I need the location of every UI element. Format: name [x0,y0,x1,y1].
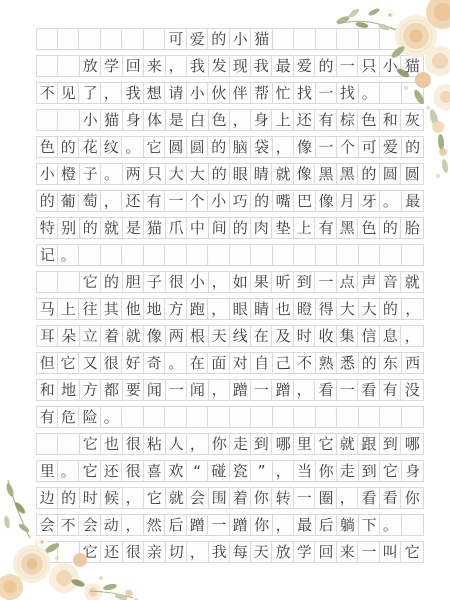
handwritten-character-cell: “ [187,461,209,481]
handwritten-character-cell: 的 [401,137,423,157]
empty-grid-cell [294,245,315,265]
handwritten-character-cell: 肉 [251,218,273,238]
handwritten-character-cell: 地 [58,380,79,400]
handwritten-character-cell: 声 [359,272,380,292]
handwritten-character-cell: 牙 [358,191,380,211]
handwritten-character-cell: 。 [380,515,401,535]
handwritten-character-cell: 候 [101,488,122,508]
empty-grid-cell [58,434,79,454]
handwritten-character-cell: 不 [37,83,58,103]
handwritten-character-cell: 大 [337,299,358,319]
handwritten-character-cell: 你 [251,488,273,508]
handwritten-character-cell: ， [401,299,423,319]
handwritten-character-cell: 他 [123,299,144,319]
handwritten-character-cell: 色 [37,137,58,157]
handwritten-character-cell: 它 [80,461,101,481]
handwritten-character-cell: 到 [294,272,316,292]
handwritten-character-cell: 它 [80,272,102,292]
handwritten-character-cell: 个 [187,191,209,211]
handwritten-character-cell: 它 [144,488,165,508]
handwritten-character-cell: 小 [187,83,209,103]
handwritten-character-cell: 可 [358,137,380,157]
handwritten-character-cell: 一 [359,542,380,562]
handwritten-character-cell: 袋 [251,137,272,157]
essay-photo-page: { "essay": { "title": "可爱的小猫", "columns"… [0,0,450,600]
empty-grid-cell [123,29,144,49]
handwritten-character-cell: 中 [187,218,208,238]
handwritten-character-cell: 垫 [273,218,294,238]
handwritten-character-cell: ， [208,272,230,292]
handwritten-character-cell: 两 [123,164,145,184]
handwritten-character-cell: 圆 [402,164,423,184]
handwritten-character-cell: 的 [101,272,122,292]
empty-grid-cell [37,272,59,292]
handwritten-character-cell: 色 [359,110,380,130]
handwritten-character-cell: 就 [101,218,122,238]
handwritten-character-cell: 喜 [144,461,166,481]
handwritten-character-cell: 很 [123,461,144,481]
handwritten-character-cell: 只 [144,164,165,184]
empty-grid-cell [380,29,401,49]
handwritten-character-cell: 就 [123,326,145,346]
handwritten-character-cell: 睛 [251,164,273,184]
handwritten-character-cell: 蹭 [230,515,252,535]
handwritten-character-cell: ， [165,56,187,76]
handwritten-character-cell: ， [187,434,208,454]
grid-row: 小猫身体是白色，身上还有棕色和灰 [36,109,424,131]
handwritten-character-cell: 最 [294,515,315,535]
grid-row: 不见了，我想请小伙伴帮忙找一找。 [36,82,424,104]
empty-grid-cell [230,407,252,427]
handwritten-character-cell: 如 [230,272,251,292]
handwritten-character-cell: 睛 [251,299,272,319]
empty-grid-cell [337,245,358,265]
handwritten-character-cell: 音 [380,272,402,292]
handwritten-character-cell: 一 [209,515,230,535]
handwritten-character-cell: 里 [294,434,316,454]
handwritten-character-cell: 朵 [58,326,79,346]
grid-row: 放学回来，我发现我最爱的一只小猫 [36,55,424,77]
empty-grid-cell [58,110,79,130]
handwritten-character-cell: 小 [230,29,252,49]
handwritten-character-cell: ， [294,380,316,400]
handwritten-character-cell: 学 [294,542,316,562]
handwritten-character-cell: 学 [101,56,122,76]
handwritten-character-cell: 爱 [380,137,401,157]
handwritten-character-cell: 请 [166,83,187,103]
handwritten-character-cell: 它 [80,542,102,562]
grid-row: 会不会动，然后蹭一蹭你，最后躺下。 [36,514,424,536]
handwritten-character-cell: 天 [208,326,230,346]
handwritten-character-cell: 猫 [144,218,165,238]
handwritten-character-cell: 身 [401,461,423,481]
handwritten-character-cell: 它 [58,353,80,373]
handwritten-character-cell: ， [337,488,359,508]
handwritten-character-cell: 看 [316,380,337,400]
empty-grid-cell [144,245,166,265]
handwritten-character-cell: 伙 [209,83,230,103]
handwritten-character-cell: 亲 [144,542,165,562]
empty-grid-cell [209,407,230,427]
handwritten-character-cell: 别 [58,218,79,238]
handwritten-character-cell: 。 [166,353,187,373]
handwritten-character-cell: 还 [123,191,144,211]
handwritten-character-cell: 到 [380,434,402,454]
handwritten-character-cell: 像 [294,137,315,157]
empty-grid-cell [166,407,187,427]
handwritten-character-cell: 棕 [337,110,359,130]
empty-grid-cell [58,542,79,562]
grid-row: 和地方都要闻一闻，蹭一蹭，看一看有没 [36,379,424,401]
handwritten-character-cell: ， [209,299,230,319]
grid-row: 它的胆子很小，如果听到一点声音就 [36,271,424,293]
handwritten-character-cell: 就 [273,164,294,184]
handwritten-character-cell: 发 [208,56,230,76]
handwritten-character-cell: 及 [273,326,294,346]
handwritten-character-cell: 每 [230,542,251,562]
handwritten-character-cell: 到 [251,434,273,454]
handwritten-character-cell: 己 [273,353,295,373]
handwritten-character-cell: 集 [337,326,359,346]
handwritten-character-cell: 最 [401,191,423,211]
handwritten-character-cell: 白 [187,110,208,130]
empty-grid-cell [58,272,79,292]
handwritten-character-cell: 月 [337,191,358,211]
empty-grid-cell [337,29,358,49]
handwritten-character-cell: 的 [358,353,380,373]
handwritten-character-cell: 的 [316,56,337,76]
handwritten-character-cell: 蹭 [230,380,251,400]
handwritten-character-cell: 找 [294,83,315,103]
handwritten-character-cell: 特 [37,218,59,238]
handwritten-character-cell: 闻 [144,380,165,400]
grid-row: 它还很亲切，我每天放学回来一叫它 [36,541,424,563]
handwritten-character-cell: 我 [208,542,230,562]
handwritten-character-cell: 到 [358,461,380,481]
handwritten-character-cell: 两 [165,326,187,346]
handwritten-character-cell: 我 [251,56,273,76]
handwritten-character-cell: 黑 [337,218,359,238]
empty-grid-cell [401,515,423,535]
handwritten-character-cell: 的 [209,137,230,157]
empty-grid-cell [294,29,315,49]
handwritten-character-cell: 黑 [337,164,359,184]
empty-grid-cell [187,245,209,265]
handwritten-character-cell: 大 [358,299,380,319]
grid-row: 色的花纹。它圆圆的脑袋，像一个可爱的 [36,136,424,158]
handwritten-character-cell: 可 [166,29,187,49]
handwritten-character-cell: 圆 [380,164,402,184]
handwritten-character-cell: 就 [337,434,359,454]
handwritten-character-cell: 后 [166,515,187,535]
empty-grid-cell [358,407,380,427]
handwritten-character-cell: 的 [380,218,402,238]
handwritten-character-cell: ， [123,488,145,508]
handwritten-character-cell: 下 [358,515,380,535]
handwritten-character-cell: 它 [380,461,401,481]
handwritten-character-cell: 还 [294,110,316,130]
handwritten-character-cell: 。 [101,164,122,184]
empty-grid-cell [316,245,338,265]
handwritten-character-cell: 身 [123,110,145,130]
handwritten-character-cell: 胎 [402,218,423,238]
handwritten-character-cell: 跟 [359,434,380,454]
handwritten-character-cell: 萄 [80,191,101,211]
handwritten-character-cell: 很 [123,542,145,562]
handwritten-character-cell: ， [273,515,295,535]
empty-grid-cell [37,110,59,130]
empty-grid-cell [273,407,295,427]
handwritten-character-cell: 像 [294,164,316,184]
handwritten-character-cell: 也 [273,299,295,319]
handwritten-character-cell: 跑 [187,299,209,319]
handwritten-character-cell: 看 [380,488,402,508]
grid-row: 有危险。 [36,406,424,428]
handwritten-character-cell: 着 [101,326,122,346]
handwritten-character-cell: 躺 [337,515,358,535]
handwritten-character-cell: 又 [80,353,101,373]
handwritten-character-cell: 好 [123,353,144,373]
handwritten-character-cell: ， [101,191,123,211]
empty-grid-cell [380,245,401,265]
empty-grid-cell [101,29,123,49]
handwritten-character-cell: 巴 [294,191,315,211]
empty-grid-cell [401,245,423,265]
handwritten-character-cell: 我 [187,56,208,76]
handwritten-character-cell: 的 [380,299,401,319]
handwritten-character-cell: 放 [273,542,294,562]
handwritten-character-cell: 会 [187,488,208,508]
handwritten-character-cell: 一 [294,488,316,508]
handwritten-character-cell: ， [273,461,295,481]
empty-grid-cell [144,407,166,427]
handwritten-character-cell: ， [208,380,230,400]
empty-grid-cell [209,245,230,265]
handwritten-character-cell: 听 [273,272,294,292]
handwritten-character-cell: 上 [58,299,80,319]
handwritten-character-cell: 小 [380,56,402,76]
handwritten-character-cell: 。 [380,191,401,211]
handwritten-character-cell: 你 [208,434,230,454]
handwritten-character-cell: 来 [337,542,359,562]
handwritten-character-cell: 大 [187,164,208,184]
handwritten-character-cell: 爱 [187,29,209,49]
handwritten-character-cell: 是 [165,110,187,130]
handwritten-character-cell: 的 [37,191,58,211]
handwritten-character-cell: 见 [58,83,80,103]
handwritten-character-cell: ， [187,542,208,562]
handwritten-character-cell: 看 [359,488,380,508]
grid-row: 的葡萄，还有一个小巧的嘴巴像月牙。最 [36,190,424,212]
handwritten-character-cell: 像 [144,326,165,346]
handwritten-character-cell: 一 [316,272,337,292]
handwritten-character-cell: 橙 [58,164,79,184]
handwritten-character-cell: 有 [37,407,58,427]
handwritten-character-cell: 方 [80,380,102,400]
handwritten-character-cell: 它 [316,434,337,454]
handwritten-character-cell: 收 [316,326,337,346]
handwritten-character-cell: 当 [294,461,315,481]
handwritten-character-cell: 一 [251,380,273,400]
empty-grid-cell [401,29,423,49]
grid-row: 里。它还很喜欢“碰瓷”，当你走到它身 [36,460,424,482]
handwritten-character-cell: 走 [230,434,251,454]
handwritten-character-cell: 人 [165,434,187,454]
handwritten-character-cell: 不 [58,515,80,535]
handwritten-character-cell: 。 [58,245,80,265]
handwritten-character-cell: ， [230,110,251,130]
empty-grid-cell [37,29,58,49]
handwritten-character-cell: 放 [80,56,102,76]
handwritten-character-cell: 很 [165,272,187,292]
handwritten-character-cell: 一 [165,380,187,400]
empty-grid-cell [166,245,187,265]
handwritten-character-cell: 悉 [337,353,358,373]
handwritten-character-cell: 的 [58,137,80,157]
handwritten-character-cell: 着 [230,488,251,508]
handwritten-character-cell: 瞪 [294,299,315,319]
handwritten-character-cell: 想 [144,83,166,103]
handwritten-character-cell: 圆 [187,137,209,157]
handwritten-character-cell: 猫 [402,56,423,76]
handwritten-character-cell: 欢 [166,461,187,481]
grid-row: 马上往其他地方跑，眼睛也瞪得大大的， [36,298,424,320]
handwritten-character-cell: 来 [144,56,165,76]
grid-row: 小橙子。两只大大的眼睛就像黑黑的圆圆 [36,163,424,185]
handwritten-character-cell: 也 [101,434,122,454]
handwritten-character-cell: 还 [101,461,123,481]
handwritten-character-cell: 边 [37,488,59,508]
handwritten-character-cell: 胆 [123,272,145,292]
handwritten-character-cell: 东 [380,353,401,373]
handwritten-character-cell: 圆 [166,137,187,157]
handwritten-character-cell: 眼 [230,164,251,184]
handwritten-character-cell: 很 [101,353,123,373]
empty-grid-cell [230,245,252,265]
handwritten-character-cell: 走 [337,461,358,481]
handwritten-character-cell: 会 [80,515,101,535]
handwritten-character-cell: 色 [208,110,230,130]
handwritten-character-cell: 的 [251,191,272,211]
handwritten-character-cell: ， [402,326,423,346]
grid-row: 特别的就是猫爪中间的肉垫上有黑色的胎 [36,217,424,239]
handwritten-character-cell: 危 [58,407,80,427]
handwritten-character-cell: 马 [37,299,58,319]
grid-row: 它也很粘人，你走到哪里它就跟到哪 [36,433,424,455]
composition-grid: 可爱的小猫放学回来，我发现我最爱的一只小猫不见了，我想请小伙伴帮忙找一找。小猫身… [36,28,424,568]
empty-grid-cell [380,407,401,427]
empty-grid-cell [273,29,295,49]
handwritten-character-cell: 子 [144,272,165,292]
handwritten-character-cell: 时 [294,326,316,346]
empty-grid-cell [316,29,338,49]
handwritten-character-cell: 现 [230,56,251,76]
handwritten-character-cell: 黑 [316,164,337,184]
empty-grid-cell [380,83,401,103]
handwritten-character-cell: 它 [144,137,166,157]
handwritten-character-cell: 葡 [58,191,80,211]
handwritten-character-cell: 一 [337,56,359,76]
empty-grid-cell [123,245,144,265]
handwritten-character-cell: ” [251,461,272,481]
handwritten-character-cell: ， [123,515,144,535]
handwritten-character-cell: 后 [316,515,338,535]
handwritten-character-cell: 蹭 [187,515,209,535]
handwritten-character-cell: 耳 [37,326,59,346]
handwritten-character-cell: 果 [251,272,273,292]
handwritten-character-cell: 是 [123,218,145,238]
empty-grid-cell [37,542,59,562]
handwritten-character-cell: 小 [209,191,230,211]
handwritten-character-cell: 对 [230,353,252,373]
empty-grid-cell [401,83,423,103]
handwritten-character-cell: 动 [101,515,123,535]
handwritten-character-cell: 灰 [402,110,423,130]
handwritten-character-cell: 回 [316,542,337,562]
handwritten-character-cell: 回 [123,56,145,76]
handwritten-character-cell: 立 [80,326,102,346]
handwritten-character-cell: 。 [358,83,380,103]
handwritten-character-cell: 就 [402,272,423,292]
handwritten-character-cell: 大 [165,164,187,184]
handwritten-character-cell: 就 [165,488,187,508]
empty-grid-cell [358,245,380,265]
handwritten-character-cell: 方 [166,299,187,319]
handwritten-character-cell: 色 [359,218,380,238]
handwritten-character-cell: 上 [273,110,294,130]
empty-grid-cell [80,245,101,265]
handwritten-character-cell: 猫 [101,110,122,130]
grid-row: 可爱的小猫 [36,28,424,50]
handwritten-character-cell: 一 [316,137,338,157]
empty-grid-cell [58,29,80,49]
handwritten-character-cell: 有 [316,110,337,130]
handwritten-character-cell: 。 [123,137,144,157]
handwritten-character-cell: 脑 [230,137,252,157]
handwritten-character-cell: 爱 [294,56,316,76]
empty-grid-cell [358,29,380,49]
handwritten-character-cell: 面 [209,353,230,373]
empty-grid-cell [251,245,272,265]
handwritten-character-cell: 闻 [187,380,208,400]
handwritten-character-cell: 忙 [273,83,295,103]
handwritten-character-cell: 记 [37,245,58,265]
handwritten-character-cell: 根 [187,326,208,346]
handwritten-character-cell: 看 [359,380,380,400]
handwritten-character-cell: 其 [101,299,123,319]
handwritten-character-cell: 险 [80,407,101,427]
handwritten-character-cell: 有 [316,218,337,238]
handwritten-character-cell: 息 [380,326,402,346]
empty-grid-cell [401,407,423,427]
handwritten-character-cell: 的 [58,488,79,508]
handwritten-character-cell: 的 [359,164,380,184]
handwritten-character-cell: 时 [80,488,102,508]
handwritten-character-cell: 小 [80,110,102,130]
handwritten-character-cell: 很 [123,434,145,454]
handwritten-character-cell: 上 [294,218,316,238]
handwritten-character-cell: 哪 [402,434,423,454]
handwritten-character-cell: 像 [316,191,338,211]
empty-grid-cell [58,56,79,76]
handwritten-character-cell: 蹭 [273,380,294,400]
handwritten-character-cell: 天 [251,542,273,562]
handwritten-character-cell: 你 [251,515,272,535]
empty-grid-cell [37,434,59,454]
handwritten-character-cell: 体 [144,110,165,130]
handwritten-character-cell: 找 [337,83,358,103]
grid-row: 边的时候，它就会围着你转一圈，看看你 [36,487,424,509]
